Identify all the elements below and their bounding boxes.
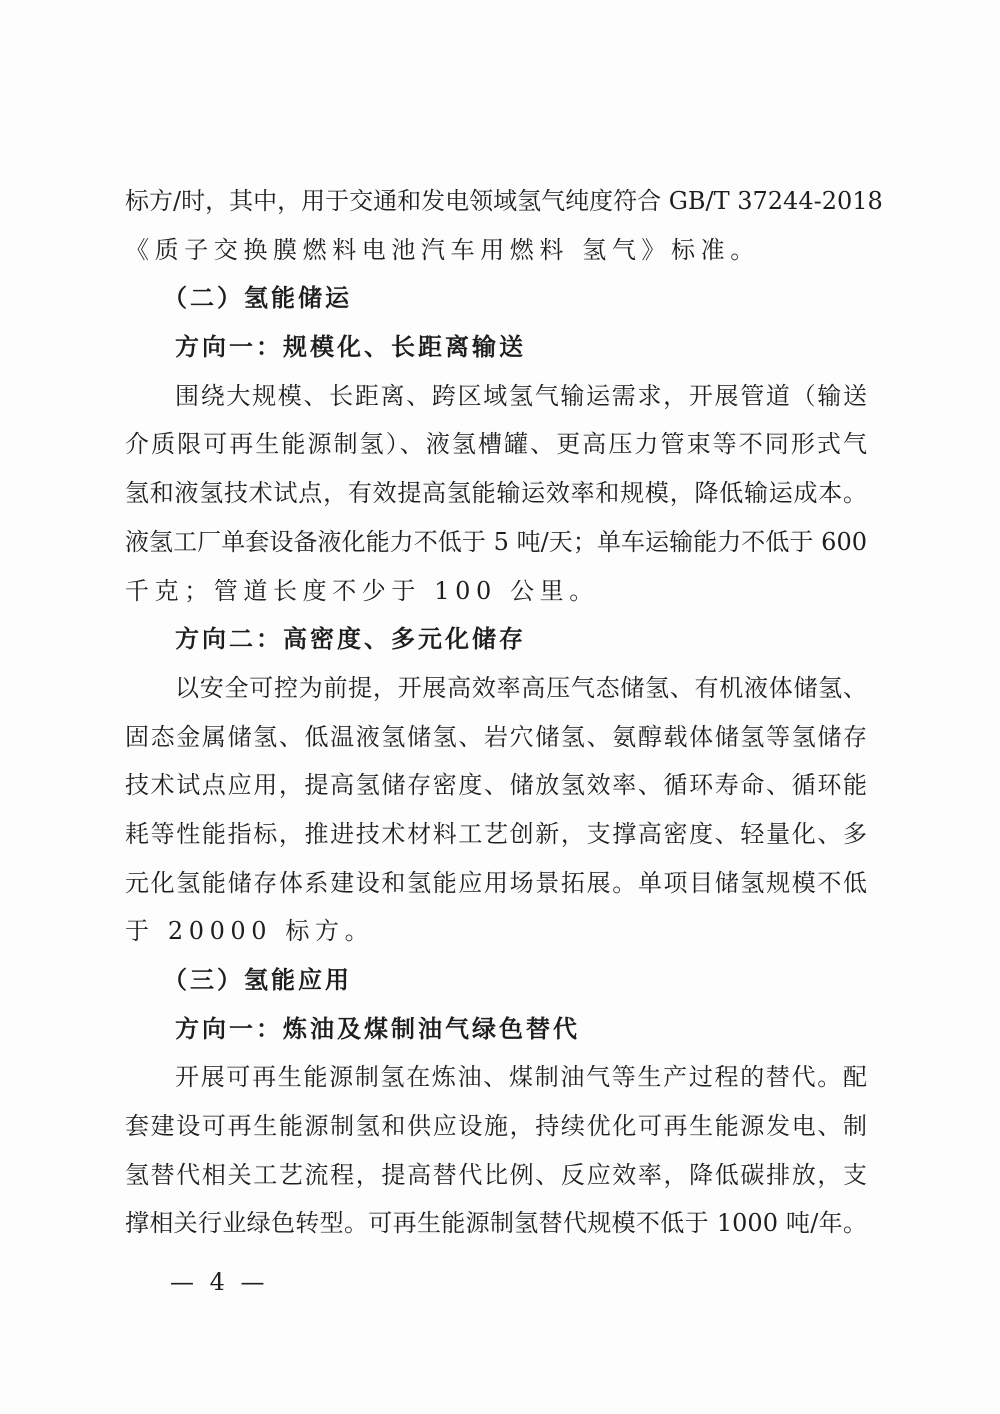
paragraph-line: 千克；管道长度不少于 100 公里。 — [125, 567, 867, 616]
document-page: 标方/时，其中，用于交通和发电领域氢气纯度符合 GB/T 37244-2018 … — [0, 0, 1000, 1414]
paragraph-line: 介质限可再生能源制氢）、液氢槽罐、更高压力管束等不同形式气 — [125, 420, 867, 469]
paragraph-line: 液氢工厂单套设备液化能力不低于 5 吨/天；单车运输能力不低于 600 — [125, 518, 867, 567]
paragraph-line: 耗等性能指标，推进技术材料工艺创新，支撑高密度、轻量化、多 — [125, 810, 867, 859]
paragraph-line: 开展可再生能源制氢在炼油、煤制油气等生产过程的替代。配 — [125, 1053, 867, 1102]
paragraph-line: 于 20000 标方。 — [125, 907, 867, 956]
section-heading-application: （三）氢能应用 — [125, 956, 867, 1005]
paragraph-line: 技术试点应用，提高氢储存密度、储放氢效率、循环寿命、循环能 — [125, 761, 867, 810]
paragraph-line: 氢和液氢技术试点，有效提高氢能输运效率和规模，降低输运成本。 — [125, 469, 867, 518]
subheading-direction-2: 方向二：高密度、多元化储存 — [125, 615, 867, 664]
paragraph-line: 固态金属储氢、低温液氢储氢、岩穴储氢、氨醇载体储氢等氢储存 — [125, 713, 867, 762]
paragraph-line: 《质子交换膜燃料电池汽车用燃料 氢气》标准。 — [125, 226, 867, 275]
paragraph-line: 撑相关行业绿色转型。可再生能源制氢替代规模不低于 1000 吨/年。 — [125, 1199, 867, 1248]
document-body: 标方/时，其中，用于交通和发电领域氢气纯度符合 GB/T 37244-2018 … — [125, 177, 867, 1248]
paragraph-line: 套建设可再生能源制氢和供应设施，持续优化可再生能源发电、制 — [125, 1102, 867, 1151]
paragraph-line: 以安全可控为前提，开展高效率高压气态储氢、有机液体储氢、 — [125, 664, 867, 713]
section-heading-storage-transport: （二）氢能储运 — [125, 274, 867, 323]
paragraph-line: 氢替代相关工艺流程，提高替代比例、反应效率，降低碳排放，支 — [125, 1151, 867, 1200]
paragraph-line: 元化氢能储存体系建设和氢能应用场景拓展。单项目储氢规模不低 — [125, 859, 867, 908]
paragraph-line: 围绕大规模、长距离、跨区域氢气输运需求，开展管道（输送 — [125, 372, 867, 421]
paragraph-line: 标方/时，其中，用于交通和发电领域氢气纯度符合 GB/T 37244-2018 — [125, 177, 867, 226]
subheading-direction-1: 方向一：规模化、长距离输送 — [125, 323, 867, 372]
page-number: — 4 — — [170, 1266, 269, 1298]
subheading-direction-1-application: 方向一：炼油及煤制油气绿色替代 — [125, 1005, 867, 1054]
